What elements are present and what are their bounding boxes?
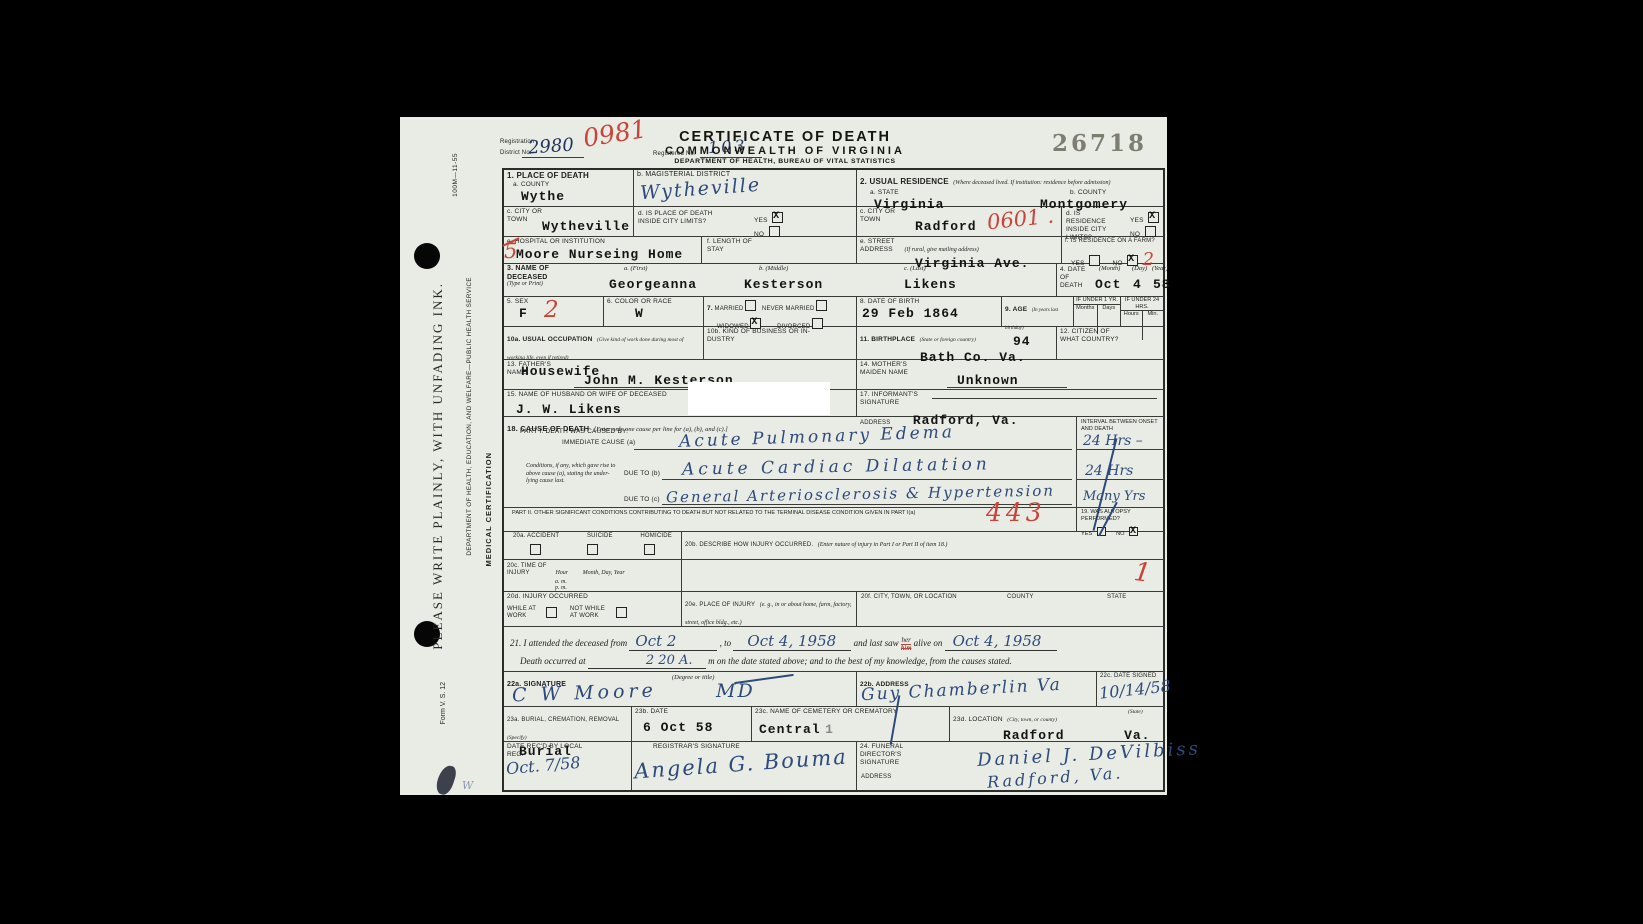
attended-text-4: alive on: [914, 638, 943, 648]
cause-b-value: Acute Cardiac Dilatation: [682, 454, 991, 479]
death-inside-limits-label: d. IS PLACE OF DEATH INSIDE CITY LIMITS?: [638, 210, 718, 226]
interval-header: INTERVAL BETWEEN ONSET AND DEATH: [1081, 419, 1161, 432]
row-city-limits: c. CITY OR TOWN Wytheville d. IS PLACE O…: [504, 207, 1163, 237]
occupation-label: 10a. USUAL OCCUPATION: [507, 336, 592, 343]
due-to-c-label: DUE TO (c): [624, 496, 660, 504]
hospital-label: e. HOSPITAL OR INSTITUTION: [507, 238, 698, 246]
attended-text-2: , to: [720, 638, 732, 648]
husband-wife-value: J. W. Likens: [516, 402, 622, 417]
color-race-value: W: [635, 306, 700, 321]
interval-b-value: 24 Hrs: [1085, 463, 1133, 479]
dod-year-label: (Year): [1152, 265, 1168, 272]
first-name-label: a. (First): [624, 265, 647, 272]
district-no-line: [522, 157, 584, 158]
district-no-value: 2980: [527, 134, 574, 158]
dod-month-value: Oct: [1095, 277, 1121, 292]
funeral-director-label: 24. FUNERAL DIRECTOR'S SIGNATURE: [860, 743, 940, 767]
residence-limits-no-checkbox: [1145, 226, 1156, 237]
injury-pm-label: p. m.: [555, 585, 678, 591]
city-town-value: Wytheville: [542, 219, 630, 234]
homicide-label: HOMICIDE: [640, 533, 672, 541]
business-industry-label: 10b. KIND OF BUSINESS OR IN-DUSTRY: [707, 328, 817, 344]
part2-red-code: 443: [986, 498, 1046, 527]
attended-text-3: and last saw: [854, 638, 899, 648]
state-label: a. STATE: [870, 189, 1010, 197]
serial-number-stamp: 26718: [1052, 130, 1147, 157]
location-note: (City, town, or county): [1007, 717, 1057, 723]
county-value: Wythe: [521, 189, 630, 204]
location-value: Radford: [1003, 728, 1065, 743]
physician-signature-value: C W Moore: [512, 679, 657, 706]
first-name-value: Georgeanna: [609, 277, 697, 292]
row-attended-statement: 21. I attended the deceased from Oct 2 ,…: [504, 627, 1163, 672]
death-time-value: 2 20 A.: [588, 653, 706, 669]
suicide-label: SUICIDE: [587, 533, 613, 541]
injury-mdy-label: Month, Day, Year: [583, 570, 625, 576]
dod-year-value: 58: [1153, 277, 1171, 292]
death-occurred-text: Death occurred at: [520, 656, 586, 666]
dod-day-value: 4: [1133, 277, 1142, 292]
place-of-injury-label: 20e. PLACE OF INJURY: [685, 602, 755, 608]
mother-name-value: Unknown: [957, 373, 1019, 388]
row-occupation: 10a. USUAL OCCUPATION (Give kind of work…: [504, 327, 1163, 360]
attended-to-value: Oct 4, 1958: [733, 632, 851, 651]
county-label: a. COUNTY: [513, 181, 630, 189]
residence-limits-yes-checkbox: [1148, 212, 1159, 223]
accident-label: 20a. ACCIDENT: [513, 533, 559, 541]
death-occurred-text-2: m on the date stated above; and to the b…: [708, 656, 1012, 666]
middle-name-value: Kesterson: [744, 277, 823, 292]
dob-label: 8. DATE OF BIRTH: [860, 298, 998, 306]
while-at-work-label: WHILE AT WORK: [507, 606, 542, 621]
injury-state-label: STATE: [1107, 594, 1126, 602]
autopsy-label: 19. WAS AUTOPSY PERFORMED?: [1081, 509, 1151, 522]
last-name-value: Likens: [904, 277, 957, 292]
dept-welfare-vertical: DEPARTMENT OF HEALTH, EDUCATION, AND WEL…: [466, 277, 473, 556]
length-of-stay-label: f. LENGTH OF STAY: [707, 238, 767, 254]
birthplace-label: 11. BIRTHPLACE: [860, 336, 915, 343]
residence-farm-label: f. IS RESIDENCE ON A FARM?: [1065, 238, 1160, 246]
death-limits-yes-checkbox: [772, 212, 783, 223]
location-state-note: (State): [1128, 709, 1143, 715]
dod-day-label: (Day): [1132, 265, 1147, 272]
row-sex-age: 5. SEX F 2 6. COLOR OR RACE W 7. MARRIED…: [504, 297, 1163, 327]
burial-date-value: 6 Oct 58: [643, 720, 748, 735]
sex-value: F: [519, 306, 600, 321]
citizen-label: 12. CITIZEN OF WHAT COUNTRY?: [1060, 328, 1130, 344]
print-code-vertical: 100M—11-55: [452, 153, 459, 197]
sex-red-number: 2: [544, 297, 559, 323]
row-place-residence: 1. PLACE OF DEATH a. COUNTY Wythe b. MAG…: [504, 170, 1163, 207]
residence-city-label: c. CITY OR TOWN: [860, 208, 900, 224]
burial-note: (Specify): [507, 735, 527, 741]
certificate-title: CERTIFICATE OF DEATH: [635, 129, 935, 145]
punch-hole-top: [414, 243, 440, 269]
last-name-label: c. (Last): [904, 265, 926, 272]
commonwealth-subtitle: COMMONWEALTH OF VIRGINIA: [635, 145, 935, 157]
burial-label: 23a. BURIAL, CREMATION, REMOVAL: [507, 717, 619, 723]
cemetery-value-suffix: 1: [825, 722, 834, 737]
date-of-death-label: 4. DATE OF DEATH: [1060, 266, 1092, 290]
funeral-address-label: ADDRESS: [861, 774, 891, 782]
usual-residence-note: (Where deceased lived. If institution: r…: [953, 180, 1110, 186]
city-town-label: c. CITY OR TOWN: [507, 208, 547, 224]
name-of-deceased-label: 3. NAME OF DECEASED: [507, 265, 577, 283]
death-limits-no-checkbox: [769, 226, 780, 237]
row-registrar: DATE REC'D BY LOCAL REG. Oct. 7/58 REGIS…: [504, 742, 1163, 790]
hospital-value: Moore Nurseing Home: [516, 247, 683, 262]
married-label: MARRIED: [715, 306, 744, 312]
age-label: 9. AGE: [1005, 306, 1027, 313]
medical-certification-vertical: MEDICAL CERTIFICATION: [484, 452, 493, 566]
type-or-print-note: (Type or Print): [507, 281, 543, 287]
dob-value: 29 Feb 1864: [862, 306, 998, 321]
redaction-patch: [688, 382, 830, 415]
row-time-of-injury: 20c. TIME OF INJURY Hour Month, Day, Yea…: [504, 560, 1163, 592]
suicide-checkbox: [587, 544, 598, 555]
while-at-work-checkbox: [546, 607, 557, 618]
row-hospital-street: e. HOSPITAL OR INSTITUTION 5 Moore Nurse…: [504, 237, 1163, 264]
homicide-checkbox: [644, 544, 655, 555]
ink-smudge: [434, 763, 458, 796]
attended-from-value: Oct 2: [629, 632, 717, 651]
father-name-label: 13. FATHER'S NAME: [507, 361, 557, 377]
mother-name-label: 14. MOTHER'S MAIDEN NAME: [860, 361, 920, 377]
middle-name-label: b. (Middle): [759, 265, 788, 272]
never-married-checkbox: [816, 300, 827, 311]
color-race-label: 6. COLOR OR RACE: [607, 298, 700, 306]
red-mark-1: 1: [1132, 557, 1153, 589]
birthplace-note: (State or foreign country): [920, 337, 976, 343]
conditions-note: Conditions, if any, which gave rise to a…: [526, 463, 618, 486]
row-name-dod: 3. NAME OF DECEASED (Type or Print) a. (…: [504, 264, 1163, 297]
interval-c-value: Many Yrs: [1083, 489, 1145, 504]
due-to-b-label: DUE TO (b): [624, 470, 660, 478]
degree-title-label: (Degree or title): [672, 674, 714, 681]
street-address-label: e. STREET ADDRESS: [860, 238, 900, 254]
not-while-at-work-label: NOT WHILE AT WORK: [570, 606, 612, 621]
death-certificate-page: 100M—11-55 PLEASE WRITE PLAINLY, WITH UN…: [400, 117, 1167, 795]
immediate-cause-label: IMMEDIATE CAUSE (a): [562, 439, 635, 447]
physician-address-value: Guy Chamberlin Va: [861, 675, 1063, 705]
describe-injury-note: (Enter nature of injury in Part I or Par…: [818, 542, 948, 548]
injury-county-label: COUNTY: [1007, 594, 1034, 602]
row-injury-place: 20d. INJURY OCCURRED WHILE AT WORK NOT W…: [504, 592, 1163, 627]
accident-checkbox: [530, 544, 541, 555]
form-table: 1. PLACE OF DEATH a. COUNTY Wythe b. MAG…: [502, 168, 1165, 792]
dod-month-label: (Month): [1099, 265, 1120, 272]
cemetery-label: 23c. NAME OF CEMETERY OR CREMATORY: [755, 708, 946, 716]
attended-text-1: 21. I attended the deceased from: [510, 638, 627, 648]
informant-signature-label: 17. INFORMANT'S SIGNATURE: [860, 391, 920, 407]
last-alive-value: Oct 4, 1958: [945, 632, 1057, 651]
scan-background: 100M—11-55 PLEASE WRITE PLAINLY, WITH UN…: [0, 0, 1643, 924]
married-checkbox: [745, 300, 756, 311]
pen-flourish-signature: [734, 674, 794, 684]
residence-city-red-code: 0601 .: [986, 204, 1055, 235]
injury-city-label: 20f. CITY, TOWN, OR LOCATION: [861, 594, 957, 602]
residence-county-label: b. COUNTY: [1070, 189, 1160, 197]
cemetery-value: Central: [759, 722, 821, 737]
usual-residence-label: 2. USUAL RESIDENCE: [860, 177, 949, 186]
injury-hour-label: Hour: [555, 570, 568, 576]
row-spouse-informant: 15. NAME OF HUSBAND OR WIFE OF DECEASED …: [504, 390, 1163, 417]
write-plainly-vertical: PLEASE WRITE PLAINLY, WITH UNFADING INK.: [430, 282, 446, 650]
stray-mark: W: [462, 779, 473, 792]
location-label: 23d. LOCATION: [953, 716, 1003, 723]
form-number-vertical: Form V. S. 12: [440, 682, 447, 725]
residence-city-value: Radford: [915, 219, 977, 234]
time-of-injury-label: 20c. TIME OF INJURY: [507, 563, 551, 578]
him-word: him: [901, 645, 912, 652]
if-under-1yr-label: IF UNDER 1 YR.: [1074, 297, 1120, 305]
bureau-line: DEPARTMENT OF HEALTH, BUREAU OF VITAL ST…: [635, 158, 935, 165]
row-injury-type: 20a. ACCIDENT SUICIDE HOMICIDE 20b. DESC…: [504, 532, 1163, 560]
not-while-at-work-checkbox: [616, 607, 627, 618]
street-address-note: (If rural, give mailing address): [904, 247, 978, 253]
row-parents: 13. FATHER'S NAME John M. Kesterson 14. …: [504, 360, 1163, 390]
row-physician-signature: 22a. SIGNATURE (Degree or title) C W Moo…: [504, 672, 1163, 707]
describe-injury-label: 20b. DESCRIBE HOW INJURY OCCURRED.: [685, 542, 813, 548]
part2-label: PART II. OTHER SIGNIFICANT CONDITIONS CO…: [512, 510, 982, 517]
section-cause-of-death: 18. CAUSE OF DEATH [Enter only one cause…: [504, 417, 1163, 532]
never-married-label: NEVER MARRIED: [762, 306, 815, 312]
burial-date-label: 23b. DATE: [635, 708, 748, 716]
if-under-24hrs-label: IF UNDER 24 HRS.: [1121, 297, 1163, 311]
injury-occurred-label: 20d. INJURY OCCURRED: [507, 593, 678, 601]
part1-label: PART I. DEATH WAS CAUSED BY:: [520, 428, 628, 436]
place-of-death-label: 1. PLACE OF DEATH: [507, 171, 630, 181]
interval-a-value: 24 Hrs –: [1083, 433, 1143, 449]
row-burial: 23a. BURIAL, CREMATION, REMOVAL (Specify…: [504, 707, 1163, 742]
